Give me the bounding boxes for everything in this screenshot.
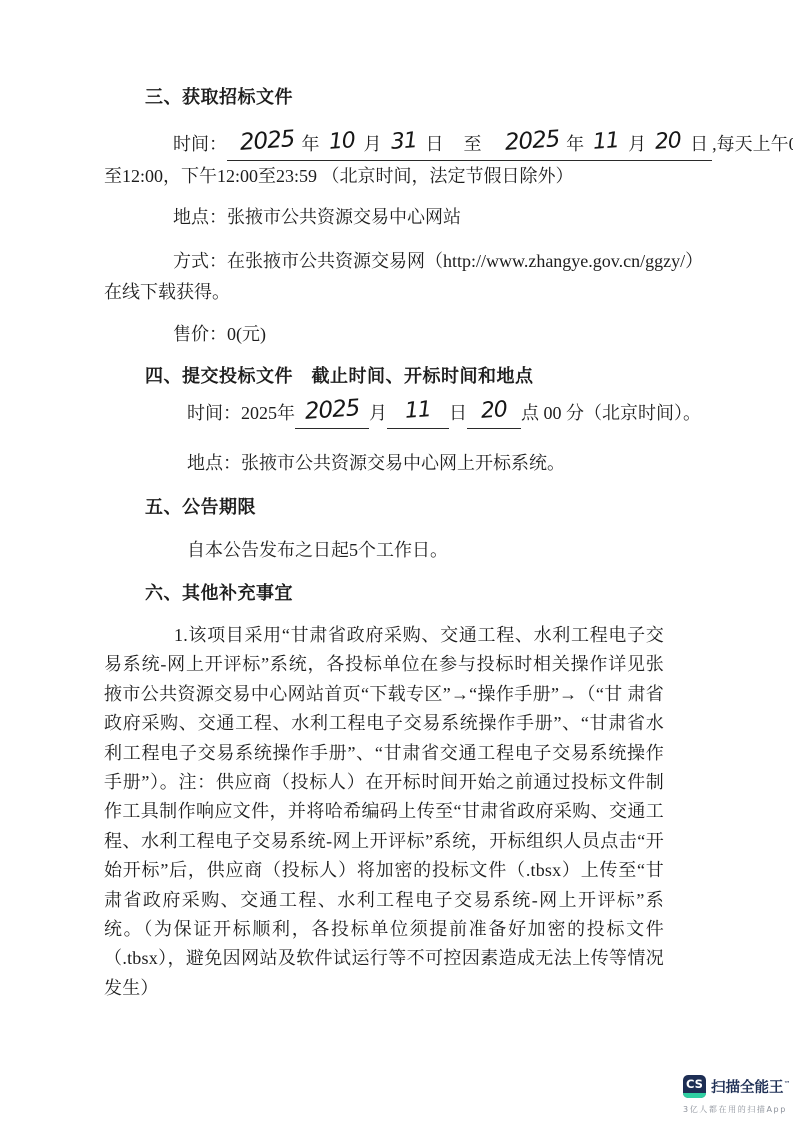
- section-3-time-line1: 时间：2025年10月31日至2025年11月20日,每天上午0:00: [104, 130, 733, 161]
- handwritten-from-month: 10: [327, 127, 355, 156]
- section-3-price: 售价：0(元): [104, 321, 733, 348]
- section-3-location: 地点：张掖市公共资源交易中心网站: [104, 204, 733, 231]
- filled-blank-hour: 20: [467, 399, 521, 429]
- handwritten-day-value: 11: [404, 396, 432, 425]
- year-unit-2: 年: [566, 134, 584, 154]
- filled-blank-day: 11: [387, 399, 449, 429]
- handwritten-to-month: 11: [592, 127, 620, 156]
- handwritten-to-day: 20: [654, 127, 682, 156]
- section-3-method-line2: 在线下载获得。: [104, 279, 664, 306]
- month-unit-2: 月: [628, 134, 646, 154]
- filled-blank-date-range: 2025年10月31日至2025年11月20日: [227, 130, 712, 161]
- logo-letters: CS: [683, 1075, 706, 1094]
- logo-accent-bar: [683, 1093, 706, 1098]
- to-label: 至: [464, 134, 482, 154]
- handwritten-to-year: 2025: [504, 126, 560, 157]
- year-unit: 年: [302, 134, 320, 154]
- watermark-brand-text: 扫描全能王™: [711, 1073, 791, 1100]
- section-4-location: 地点：张掖市公共资源交易中心网上开标系统。: [104, 450, 747, 477]
- watermark-brand-row: CS 扫描全能王™: [683, 1073, 783, 1100]
- filled-blank-month: 2025: [295, 399, 369, 429]
- month-unit: 月: [369, 403, 387, 423]
- watermark-tagline: 3亿人都在用的扫描App: [683, 1104, 783, 1115]
- section-3-heading: 三、获取招标文件: [104, 84, 705, 111]
- month-unit: 月: [364, 134, 382, 154]
- trademark-mark: ™: [784, 1080, 791, 1088]
- day-unit-2: 日: [690, 134, 708, 154]
- handwritten-from-day: 31: [389, 127, 417, 156]
- handwritten-from-year: 2025: [239, 126, 295, 157]
- section-3-method-line1: 方式：在张掖市公共资源交易网（http://www.zhangye.gov.cn…: [104, 248, 733, 275]
- camscanner-logo-icon: CS: [683, 1075, 706, 1098]
- camscanner-watermark: CS 扫描全能王™ 3亿人都在用的扫描App: [683, 1073, 783, 1115]
- handwritten-month-value: 2025: [304, 395, 360, 426]
- time-suffix: 点 00 分（北京时间）。: [521, 403, 701, 423]
- time-label: 时间：: [173, 134, 227, 154]
- handwritten-hour-value: 20: [480, 396, 508, 425]
- day-unit: 日: [449, 403, 467, 423]
- section-6-heading: 六、其他补充事宜: [104, 580, 705, 607]
- brand-name: 扫描全能王: [711, 1080, 784, 1096]
- document-page: 三、获取招标文件 时间：2025年10月31日至2025年11月20日,每天上午…: [0, 0, 793, 1122]
- section-4-time-line: 时间：2025年2025月11日20点 00 分（北京时间）。: [104, 399, 747, 429]
- time-prefix: 时间：2025年: [187, 403, 295, 423]
- section-5-body: 自本公告发布之日起5个工作日。: [104, 537, 747, 564]
- section-5-heading: 五、公告期限: [104, 494, 705, 521]
- section-3-time-line2: 至12:00，下午12:00至23:59 （北京时间，法定节假日除外）: [104, 163, 664, 190]
- time-tail-text: ,每天上午0:00: [712, 134, 793, 154]
- day-unit: 日: [426, 134, 444, 154]
- section-4-heading: 四、提交投标文件 截止时间、开标时间和地点: [104, 363, 705, 390]
- section-6-body: 1.该项目采用“甘肃省政府采购、交通工程、水利工程电子交易系统-网上开评标”系统…: [104, 621, 664, 1003]
